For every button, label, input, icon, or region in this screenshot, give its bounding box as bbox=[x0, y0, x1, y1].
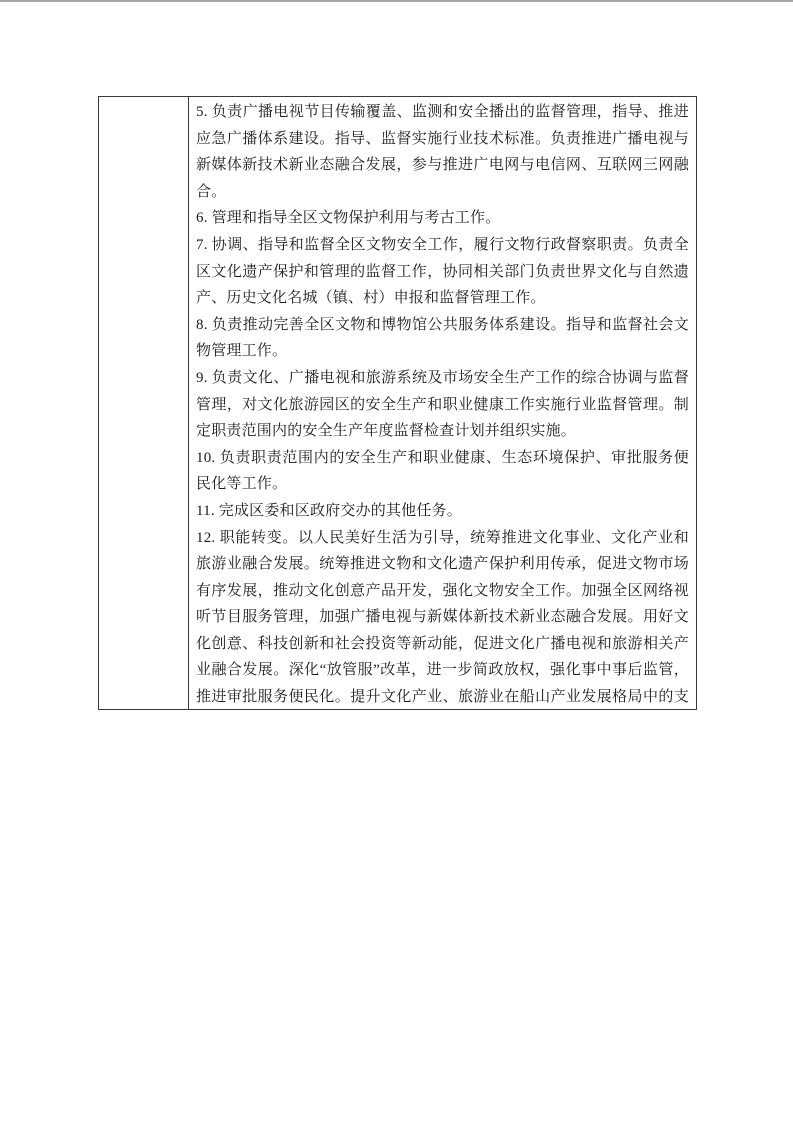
responsibility-item-7: 7. 协调、指导和监督全区文物安全工作，履行文物行政督察职责。负责全区文化遗产保… bbox=[196, 232, 689, 312]
table-right-cell: 5. 负责广播电视节目传输覆盖、监测和安全播出的监督管理，指导、推进应急广播体系… bbox=[189, 97, 696, 709]
responsibilities-table: 5. 负责广播电视节目传输覆盖、监测和安全播出的监督管理，指导、推进应急广播体系… bbox=[98, 96, 697, 710]
responsibility-item-8: 8. 负责推动完善全区文物和博物馆公共服务体系建设。指导和监督社会文物管理工作。 bbox=[196, 312, 689, 365]
document-page: 5. 负责广播电视节目传输覆盖、监测和安全播出的监督管理，指导、推进应急广播体系… bbox=[0, 0, 793, 1122]
responsibility-item-10: 10. 负责职责范围内的安全生产和职业健康、生态环境保护、审批服务便民化等工作。 bbox=[196, 445, 689, 498]
page-top-edge bbox=[0, 0, 793, 2]
table-left-cell bbox=[99, 97, 189, 709]
responsibility-item-12: 12. 职能转变。以人民美好生活为引导，统筹推进文化事业、文化产业和旅游业融合发… bbox=[196, 525, 689, 710]
responsibility-item-9: 9. 负责文化、广播电视和旅游系统及市场安全生产工作的综合协调与监督管理，对文化… bbox=[196, 365, 689, 445]
responsibility-item-5: 5. 负责广播电视节目传输覆盖、监测和安全播出的监督管理，指导、推进应急广播体系… bbox=[196, 99, 689, 205]
responsibility-item-11: 11. 完成区委和区政府交办的其他任务。 bbox=[196, 498, 689, 525]
responsibility-item-6: 6. 管理和指导全区文物保护利用与考古工作。 bbox=[196, 205, 689, 232]
